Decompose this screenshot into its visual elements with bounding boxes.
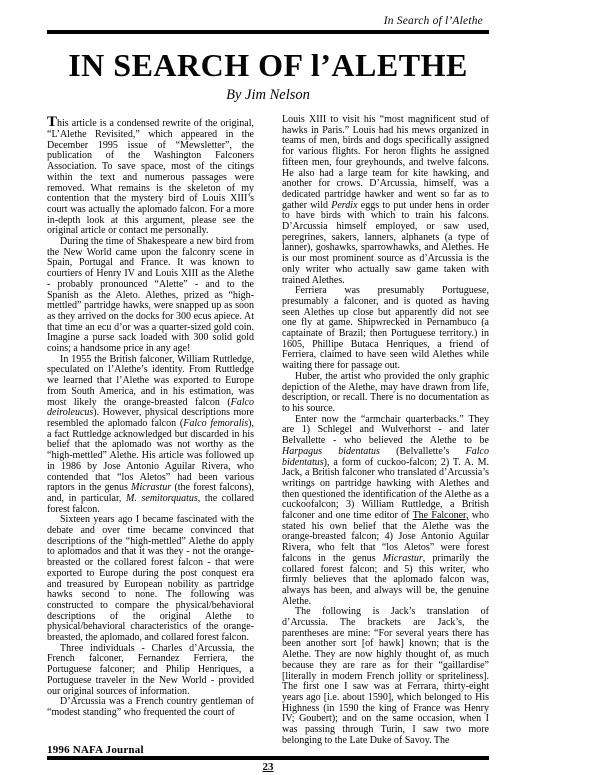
text-segment: Sixteen years ago I became fascinated wi…	[47, 514, 254, 643]
paragraph: This article is a condensed rewrite of t…	[47, 115, 254, 237]
text-segment: Micrastur	[383, 553, 423, 564]
text-segment: During the time of Shakespeare a new bir…	[47, 236, 254, 354]
text-segment: Three individuals - Charles d’Arcussia, …	[47, 643, 254, 697]
paragraph: D’Arcussia was a French country gentlema…	[47, 697, 254, 718]
text-segment: The Falconer,	[413, 510, 469, 521]
initial-capital: T	[47, 115, 57, 130]
journal-label: 1996 NAFA Journal	[47, 744, 489, 756]
text-segment: In 1955 the British falconer, William Ru…	[47, 354, 254, 408]
paragraph: Huber, the artist who provided the only …	[282, 372, 489, 415]
page-content: In Search of l’Alethe IN SEARCH OF l’ALE…	[47, 0, 489, 749]
text-segment: (Belvallette’s	[380, 446, 466, 457]
header-rule	[47, 30, 489, 34]
running-head-title: In Search of l’Alethe	[384, 15, 489, 27]
text-segment: Harpagus bidentatus	[282, 446, 380, 457]
right-column: Louis XIII to visit his “most magnificen…	[282, 115, 489, 749]
running-head: In Search of l’Alethe	[47, 0, 489, 29]
text-segment: D’Arcussia was a French country gentlema…	[47, 696, 254, 718]
page-number: 23	[47, 761, 489, 773]
footer-rule	[47, 756, 489, 760]
paragraph: Ferriera was presumably Portuguese, pres…	[282, 286, 489, 372]
text-segment: Huber, the artist who provided the only …	[282, 371, 489, 414]
text-segment: Louis XIII to visit his “most magnificen…	[282, 115, 489, 211]
text-segment: Perdix	[331, 200, 357, 211]
left-column: This article is a condensed rewrite of t…	[47, 115, 254, 749]
paragraph: Sixteen years ago I became fascinated wi…	[47, 515, 254, 643]
text-segment: Micrastur	[131, 482, 171, 493]
text-segment: Ferriera was presumably Portuguese, pres…	[282, 285, 489, 371]
text-segment: eggs to put under hens in order to have …	[282, 200, 489, 286]
paragraph: Louis XIII to visit his “most magnificen…	[282, 115, 489, 286]
paragraph: Three individuals - Charles d’Arcussia, …	[47, 644, 254, 698]
article-body: This article is a condensed rewrite of t…	[47, 115, 489, 749]
text-segment: his article is a condensed rewrite of th…	[47, 118, 254, 236]
page-footer: 1996 NAFA Journal 23	[47, 744, 489, 773]
paragraph: During the time of Shakespeare a new bir…	[47, 237, 254, 355]
text-segment: M. semitorquatus	[126, 493, 198, 504]
paragraph: The following is Jack’s translation of d…	[282, 607, 489, 746]
text-segment: Enter now the “armchair quarterbacks.” T…	[282, 414, 489, 446]
text-segment: Falco femoralis	[183, 418, 248, 429]
paragraph: Enter now the “armchair quarterbacks.” T…	[282, 415, 489, 608]
article-title: IN SEARCH OF l’ALETHE	[47, 47, 489, 84]
journal-page: In Search of l’Alethe IN SEARCH OF l’ALE…	[0, 0, 605, 775]
paragraph: In 1955 the British falconer, William Ru…	[47, 355, 254, 516]
article-byline: By Jim Nelson	[47, 87, 489, 104]
text-segment: The following is Jack’s translation of d…	[282, 606, 489, 745]
